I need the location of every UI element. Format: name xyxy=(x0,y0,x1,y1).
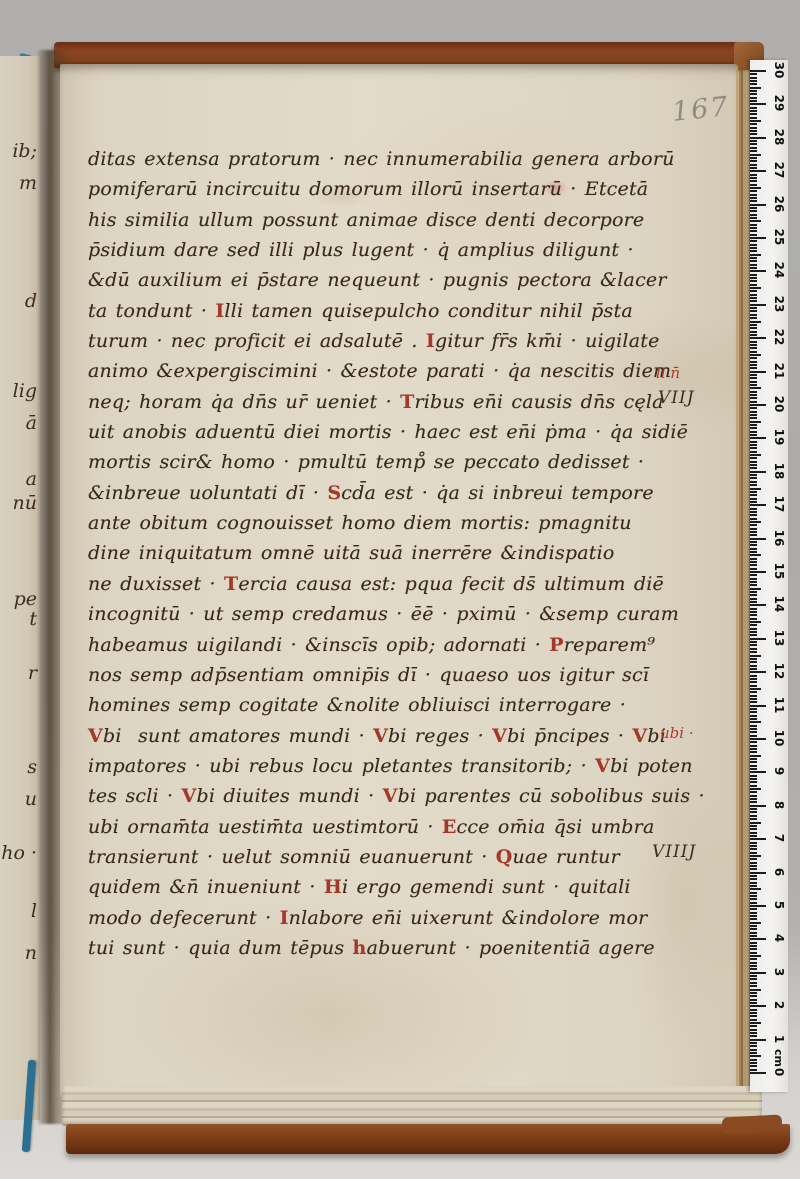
ruler-tick xyxy=(750,842,757,844)
rubric-initial: V xyxy=(595,755,610,777)
ruler-tick xyxy=(750,170,766,172)
manuscript-line: mortis scir& homo · pmultū temp̊ se pecc… xyxy=(88,447,668,477)
ruler-number: 4 xyxy=(769,929,789,947)
facing-page-text-fragment: pe xyxy=(14,588,37,610)
ruler-tick xyxy=(750,985,757,987)
text-segment: bi parentes cū sobolibus suis · xyxy=(398,785,705,807)
ruler-tick xyxy=(750,651,757,653)
ruler-tick xyxy=(750,852,757,854)
ruler-tick xyxy=(750,992,757,994)
rubric-initial: h xyxy=(353,937,367,959)
ruler-tick xyxy=(750,220,761,222)
ruler-tick xyxy=(750,270,766,272)
text-segment: lli tamen quisepulcho conditur nihil p̄s… xyxy=(224,300,632,322)
ruler-tick xyxy=(750,294,757,296)
text-segment: animo &expergiscimini · &estote parati ·… xyxy=(88,360,671,382)
ruler-tick xyxy=(750,1045,757,1047)
manuscript-line: tes scli · Vbi diuites mundi · Vbi paren… xyxy=(88,781,668,811)
ruler-tick xyxy=(750,955,761,957)
margin-note: VIIJ xyxy=(658,388,695,408)
text-segment: incognitū · ut semp credamus · ēē · pxim… xyxy=(88,603,679,625)
rubric-initial: T xyxy=(400,391,414,413)
ruler-tick xyxy=(750,357,757,359)
rubric-initial: V xyxy=(182,785,197,807)
ruler-tick xyxy=(750,210,757,212)
ruler-tick xyxy=(750,344,757,346)
ruler-tick xyxy=(750,234,757,236)
ruler-tick xyxy=(750,1049,757,1051)
margin-note: ubi · xyxy=(660,724,694,742)
ruler-tick xyxy=(750,237,766,239)
text-segment: &dū auxilium ei p̄stare nequeunt · pugni… xyxy=(88,269,667,291)
text-segment: mortis scir& homo · pmultū temp̊ se pecc… xyxy=(88,451,644,473)
ruler-tick xyxy=(750,731,757,733)
ruler-tick xyxy=(750,795,757,797)
ruler-tick xyxy=(750,1035,757,1037)
ruler-tick xyxy=(750,300,757,302)
rubric-initial: H xyxy=(324,876,342,898)
ruler-tick xyxy=(750,718,757,720)
ruler-tick xyxy=(750,1042,757,1044)
ruler-tick xyxy=(750,247,757,249)
ruler-tick xyxy=(750,568,757,570)
ruler-tick xyxy=(750,1062,757,1064)
rubric-initial: T xyxy=(224,573,238,595)
ruler-tick xyxy=(750,554,761,556)
ruler-tick xyxy=(750,73,757,75)
ruler-number: 23 xyxy=(769,295,789,313)
ruler-tick xyxy=(750,822,761,824)
measuring-ruler: 3029282726252423222120191817161514131211… xyxy=(750,60,788,1092)
ruler-tick xyxy=(750,561,757,563)
ruler-tick xyxy=(750,608,757,610)
ruler-tick xyxy=(750,137,766,139)
ruler-tick xyxy=(750,978,757,980)
text-segment: &inbreue uoluntati dī · xyxy=(88,482,327,504)
rubric-initial: I xyxy=(280,907,289,929)
ruler-tick xyxy=(750,995,757,997)
ruler-tick xyxy=(750,845,757,847)
ruler-tick xyxy=(750,267,757,269)
ruler-number: 11 xyxy=(769,696,789,714)
ruler-tick xyxy=(750,571,766,573)
ruler-tick xyxy=(750,1052,757,1054)
ruler-tick xyxy=(750,701,757,703)
text-segment: habeamus uigilandi · &inscīs opib; adorn… xyxy=(88,634,549,656)
ruler-tick xyxy=(750,317,757,319)
ruler-tick xyxy=(750,721,761,723)
ruler-tick xyxy=(750,875,757,877)
ruler-tick xyxy=(750,404,766,406)
ruler-number: 18 xyxy=(769,462,789,480)
ruler-tick xyxy=(750,107,757,109)
ruler-tick xyxy=(750,1022,761,1024)
ruler-tick xyxy=(750,314,757,316)
ruler-tick xyxy=(750,925,757,927)
ruler-tick xyxy=(750,140,757,142)
text-segment: tes scli · xyxy=(88,785,182,807)
ruler-tick xyxy=(750,190,757,192)
ruler-tick xyxy=(750,815,757,817)
ruler-tick xyxy=(750,504,766,506)
ruler-tick xyxy=(750,624,757,626)
rubric-initial: I xyxy=(426,330,435,352)
manuscript-line: impatores · ubi rebus locu pletantes tra… xyxy=(88,751,668,781)
manuscript-line: ditas extensa pratorum · nec innumerabil… xyxy=(88,144,668,174)
ruler-tick xyxy=(750,698,757,700)
ruler-tick xyxy=(750,808,757,810)
text-segment: nlabore en̄i uixerunt &indolore mor xyxy=(289,907,648,929)
ruler-tick xyxy=(750,758,757,760)
ruler-tick xyxy=(750,771,766,773)
ruler-tick xyxy=(750,1002,757,1004)
ruler-tick xyxy=(750,611,757,613)
rubric-initial: V xyxy=(492,725,507,747)
ruler-tick xyxy=(750,564,757,566)
ruler-number: 1 xyxy=(769,1030,789,1048)
ruler-tick xyxy=(750,675,757,677)
text-segment: bi p̄ncipes · xyxy=(507,725,632,747)
ruler-tick xyxy=(750,167,757,169)
ruler-tick xyxy=(750,948,757,950)
ruler-tick xyxy=(750,915,757,917)
ruler-tick xyxy=(750,174,757,176)
ruler-tick xyxy=(750,407,757,409)
ruler-tick xyxy=(750,488,761,490)
manuscript-line: pomiferarū incircuitu domorum illorū ins… xyxy=(88,174,668,204)
ruler-tick xyxy=(750,862,757,864)
rubric-initial: S xyxy=(327,482,341,504)
ruler-tick xyxy=(750,811,757,813)
ruler-tick xyxy=(750,735,757,737)
ruler-tick xyxy=(750,260,757,262)
ruler-tick xyxy=(750,658,757,660)
ruler-tick xyxy=(750,648,757,650)
text-segment: abuerunt · poenitentiā agere xyxy=(367,937,655,959)
ruler-tick xyxy=(750,133,757,135)
text-segment: cd̄a est · q̇a si inbreui tempore xyxy=(341,482,654,504)
ruler-tick xyxy=(750,531,757,533)
ruler-tick xyxy=(750,835,757,837)
ruler-tick xyxy=(750,588,761,590)
ruler-tick xyxy=(750,521,761,523)
ruler-tick xyxy=(750,614,757,616)
ruler-tick xyxy=(750,798,757,800)
text-segment: ta tondunt · xyxy=(88,300,215,322)
ruler-number: 10 xyxy=(769,729,789,747)
ruler-tick xyxy=(750,905,766,907)
ruler-tick xyxy=(750,601,757,603)
ruler-tick xyxy=(750,778,757,780)
ruler-tick xyxy=(750,591,757,593)
ruler-number: 22 xyxy=(769,328,789,346)
text-segment: modo defecerunt · xyxy=(88,907,280,929)
facing-page-text-fragment: d xyxy=(25,290,37,312)
facing-page-text-fragment: n xyxy=(25,942,37,964)
ruler-tick xyxy=(750,411,757,413)
ruler-tick xyxy=(750,551,757,553)
ruler-tick xyxy=(750,477,757,479)
ruler-number: 12 xyxy=(769,662,789,680)
ruler-tick xyxy=(750,377,757,379)
manuscript-line: incognitū · ut semp credamus · ēē · pxim… xyxy=(88,599,668,629)
text-segment: bi diuites mundi · xyxy=(197,785,383,807)
ruler-tick xyxy=(750,494,757,496)
ruler-tick xyxy=(750,528,757,530)
text-segment: homines semp cogitate &nolite obliuisci … xyxy=(88,694,626,716)
ruler-tick xyxy=(750,331,757,333)
ruler-tick xyxy=(750,655,761,657)
facing-page-text-fragment: t xyxy=(29,608,37,630)
ruler-tick xyxy=(750,855,761,857)
ruler-tick xyxy=(750,882,757,884)
ruler-tick xyxy=(750,644,757,646)
ruler-tick xyxy=(750,227,757,229)
manuscript-photo: ib;mdligāanūpetrsuho ·ln 167 ditas exten… xyxy=(0,0,800,1179)
ruler-tick xyxy=(750,828,757,830)
ruler-tick xyxy=(750,548,757,550)
ruler-tick xyxy=(750,113,757,115)
ruler-tick xyxy=(750,264,757,266)
ruler-tick xyxy=(750,541,757,543)
ruler-tick xyxy=(750,628,757,630)
manuscript-line: habeamus uigilandi · &inscīs opib; adorn… xyxy=(88,630,668,660)
ruler-tick xyxy=(750,177,757,179)
ruler-tick xyxy=(750,708,757,710)
ruler-tick xyxy=(750,888,761,890)
ruler-tick xyxy=(750,1005,766,1007)
ruler-tick xyxy=(750,464,757,466)
ruler-tick xyxy=(750,257,757,259)
ruler-tick xyxy=(750,695,757,697)
manuscript-line: ubi ornam̄ta uestim̄ta uestimtorū · Ecce… xyxy=(88,812,668,842)
manuscript-line: dine iniquitatum omnē uitā suā inerrēre … xyxy=(88,538,668,568)
manuscript-line: ante obitum cognouisset homo diem mortis… xyxy=(88,508,668,538)
margin-note: li n̄ xyxy=(656,364,680,382)
ruler-tick xyxy=(750,157,757,159)
text-segment: tui sunt · quia dum tēpus xyxy=(88,937,353,959)
ruler-tick xyxy=(750,705,766,707)
manuscript-line: animo &expergiscimini · &estote parati ·… xyxy=(88,356,668,386)
ruler-tick xyxy=(750,387,761,389)
ruler-tick xyxy=(750,154,761,156)
manuscript-line: &dū auxilium ei p̄stare nequeunt · pugni… xyxy=(88,265,668,295)
ruler-number: 28 xyxy=(769,128,789,146)
ruler-tick xyxy=(750,160,757,162)
text-segment: ercia causa est: pqua fecit ds̄ ultimum … xyxy=(238,573,664,595)
ruler-tick xyxy=(750,621,761,623)
text-segment: nos semp adp̄sentiam omnip̄is dī · quaes… xyxy=(88,664,649,686)
rubric-initial: E xyxy=(442,816,457,838)
ruler-tick xyxy=(750,938,766,940)
ruler-tick xyxy=(750,594,757,596)
facing-page-text-fragment: l xyxy=(31,900,37,922)
ruler-tick xyxy=(750,989,761,991)
ruler-tick xyxy=(750,671,766,673)
ruler-tick xyxy=(750,902,757,904)
ruler-tick xyxy=(750,982,757,984)
ruler-tick xyxy=(750,103,766,105)
ruler-number: 6 xyxy=(769,863,789,881)
ruler-tick xyxy=(750,327,757,329)
manuscript-line: p̄sidium dare sed illi plus lugent · q̇ … xyxy=(88,235,668,265)
ruler-tick xyxy=(750,598,757,600)
ruler-tick xyxy=(750,451,757,453)
facing-page-text-fragment: u xyxy=(25,788,37,810)
ruler-tick xyxy=(750,80,757,82)
facing-page-text-fragment: nū xyxy=(13,492,37,514)
ruler-number: 21 xyxy=(769,362,789,380)
manuscript-line: ta tondunt · Illi tamen quisepulcho cond… xyxy=(88,296,668,326)
ruler-tick xyxy=(750,781,757,783)
ruler-tick xyxy=(750,364,757,366)
text-segment: pomiferarū incircuitu domorum illorū ins… xyxy=(88,178,648,200)
ruler-tick xyxy=(750,524,757,526)
ruler-number: 20 xyxy=(769,395,789,413)
ruler-tick xyxy=(750,838,766,840)
ruler-tick xyxy=(750,381,757,383)
ruler-tick xyxy=(750,1072,766,1074)
page-edges-bottom xyxy=(62,1086,762,1126)
ruler-tick xyxy=(750,341,757,343)
ruler-tick xyxy=(750,371,766,373)
ruler-tick xyxy=(750,962,757,964)
ruler-tick xyxy=(750,668,757,670)
ruler-tick xyxy=(750,224,757,226)
ruler-tick xyxy=(750,638,766,640)
ruler-tick xyxy=(750,367,757,369)
ruler-tick xyxy=(750,361,757,363)
ruler-tick xyxy=(750,1019,757,1021)
ruler-tick xyxy=(750,307,757,309)
ruler-tick xyxy=(750,1039,766,1041)
ruler-tick xyxy=(750,1009,757,1011)
ruler-tick xyxy=(750,200,757,202)
ruler-tick xyxy=(750,197,757,199)
ruler-tick xyxy=(750,297,757,299)
ruler-tick xyxy=(750,715,757,717)
ruler-tick xyxy=(750,77,757,79)
ruler-tick xyxy=(750,558,757,560)
ruler-tick xyxy=(750,641,757,643)
ruler-number: 16 xyxy=(769,529,789,547)
manuscript-line: modo defecerunt · Inlabore en̄i uixerunt… xyxy=(88,903,668,933)
ruler-tick xyxy=(750,868,757,870)
text-segment: ne duxisset · xyxy=(88,573,224,595)
ruler-tick xyxy=(750,441,757,443)
ruler-tick xyxy=(750,397,757,399)
ruler-tick xyxy=(750,908,757,910)
ruler-tick xyxy=(750,678,757,680)
ruler-number: 5 xyxy=(769,896,789,914)
ruler-tick xyxy=(750,461,757,463)
ruler-tick xyxy=(750,935,757,937)
text-segment: quidem &n̄ inueniunt · xyxy=(88,876,324,898)
ruler-tick xyxy=(750,848,757,850)
ruler-tick xyxy=(750,110,757,112)
ruler-tick xyxy=(750,274,757,276)
ruler-tick xyxy=(750,414,757,416)
rubric-initial: Q xyxy=(496,846,513,868)
ruler-tick xyxy=(750,280,757,282)
ruler-tick xyxy=(750,508,757,510)
ruler-tick xyxy=(750,892,757,894)
ruler-tick xyxy=(750,471,766,473)
ruler-tick xyxy=(750,791,757,793)
ruler-tick xyxy=(750,321,761,323)
ruler-tick xyxy=(750,681,757,683)
ruler-tick xyxy=(750,928,757,930)
ruler-tick xyxy=(750,858,757,860)
ruler-tick xyxy=(750,457,757,459)
text-segment: ante obitum cognouisset homo diem mortis… xyxy=(88,512,632,534)
ruler-tick xyxy=(750,865,757,867)
ruler-tick xyxy=(750,788,761,790)
ruler-tick xyxy=(750,775,757,777)
ruler-tick xyxy=(750,958,757,960)
ruler-tick xyxy=(750,481,757,483)
text-segment: ubi ornam̄ta uestim̄ta uestimtorū · xyxy=(88,816,442,838)
ruler-tick xyxy=(750,244,757,246)
text-segment: transierunt · uelut somniū euanuerunt · xyxy=(88,846,496,868)
ruler-tick xyxy=(750,427,757,429)
ruler-tick xyxy=(750,751,757,753)
ruler-tick xyxy=(750,688,761,690)
ruler-tick xyxy=(750,965,757,967)
ruler-tick xyxy=(750,634,757,636)
ruler-tick xyxy=(750,164,757,166)
ruler-tick xyxy=(750,93,757,95)
text-segment: p̄sidium dare sed illi plus lugent · q̇ … xyxy=(88,239,634,261)
ruler-tick xyxy=(750,150,757,152)
text-segment: uae runtur xyxy=(513,846,620,868)
text-segment: bi reges · xyxy=(388,725,492,747)
ruler-tick xyxy=(750,544,757,546)
ruler-tick xyxy=(750,932,757,934)
manuscript-line: neq; horam q̇a dn̄s ur̄ ueniet · Tribus … xyxy=(88,387,668,417)
ruler-tick xyxy=(750,337,766,339)
ruler-tick xyxy=(750,277,757,279)
ruler-tick xyxy=(750,745,757,747)
ruler-tick xyxy=(750,391,757,393)
ruler-number: 26 xyxy=(769,195,789,213)
ruler-number: 17 xyxy=(769,495,789,513)
ruler-tick xyxy=(750,1069,757,1071)
facing-page-text-fragment: r xyxy=(28,662,37,684)
ruler-tick xyxy=(750,97,757,99)
ruler-tick xyxy=(750,187,761,189)
ruler-tick xyxy=(750,304,766,306)
ruler-tick xyxy=(750,685,757,687)
ruler-tick xyxy=(750,1065,757,1067)
facing-page-text-fragment: ā xyxy=(26,412,37,434)
facing-page-text-fragment: s xyxy=(27,756,37,778)
ruler-tick xyxy=(750,431,757,433)
ruler-tick xyxy=(750,444,757,446)
manuscript-line: tui sunt · quia dum tēpus habuerunt · po… xyxy=(88,933,668,963)
facing-page-sliver: ib;mdligāanūpetrsuho ·ln xyxy=(0,56,40,1120)
ruler-tick xyxy=(750,214,757,216)
ruler-tick xyxy=(750,347,757,349)
ruler-tick xyxy=(750,434,757,436)
ruler-tick xyxy=(750,898,757,900)
ruler-tick xyxy=(750,825,757,827)
ruler-tick xyxy=(750,184,757,186)
text-segment: ditas extensa pratorum · nec innumerabil… xyxy=(88,148,675,170)
facing-page-text-fragment: ho · xyxy=(1,842,37,864)
ruler-tick xyxy=(750,885,757,887)
ruler-tick xyxy=(750,87,761,89)
